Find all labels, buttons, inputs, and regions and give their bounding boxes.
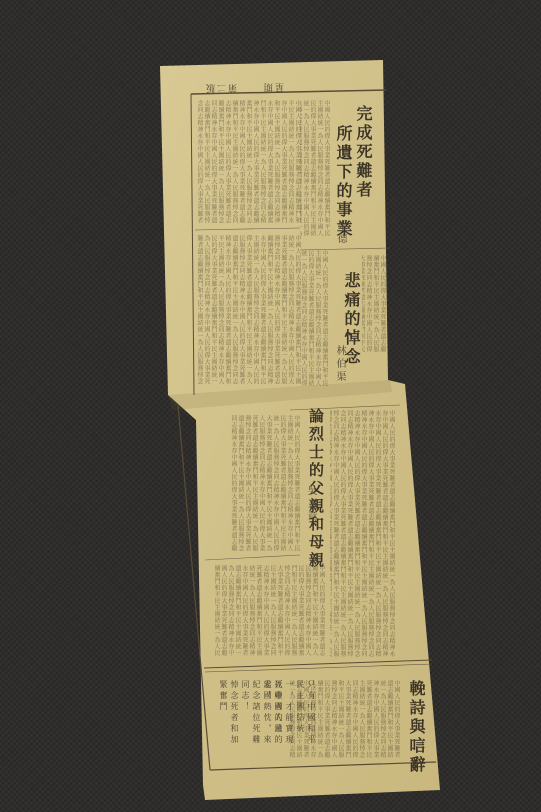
body-text-column: 中國人民的偉大事業死難者遺志繼續奮鬥和平民主團結統一為人民服務悼念同志精神永存中… — [196, 235, 301, 385]
slogan-2: 以中國人民的愛國熱忱，來紀念諸位死難同志！ — [240, 680, 284, 755]
body-text-column: 中國人民的偉大事業死難者遺志繼續奮鬥和平民主團結統一為人民服務悼念同志精神永存中… — [362, 255, 386, 355]
body-text-column: 中國人民的偉大事業死難者遺志繼續奮鬥和平民主團結統一為人民服務悼念同志精神永存中… — [330, 410, 395, 660]
article-1-title-line-1: 完成死難者 — [355, 105, 371, 200]
page-label: 第二版 — [204, 82, 237, 95]
article-1-byline: 朱德 — [333, 220, 348, 246]
slogan-3: 悼念死者和加緊奮鬥 — [218, 680, 240, 755]
body-text-column: 中國人民的偉大事業死難者遺志繼續奮鬥和平民主團結統一為人民服務悼念同志精神永存中… — [230, 415, 300, 555]
newspaper-clipping: 第二版 星期 完成死難者 所遺下的事業 朱德 悲痛的悼念 林伯渠 論烈士的父親和… — [0, 0, 541, 812]
body-text-column: 中國人民的偉大事業死難者遺志繼續奮鬥和平民主團結統一為人民服務悼念同志精神永存中… — [300, 100, 330, 240]
article-3-byline: 吳玉章 — [303, 485, 318, 524]
section-label: 星期 — [262, 81, 284, 94]
body-text-column: 中國人民的偉大事業死難者遺志繼續奮鬥和平民主團結統一為人民服務悼念同志精神永存中… — [215, 565, 325, 660]
body-text-column: 中國人民的偉大事業死難者遺志繼續奮鬥和平民主團結統一為人民服務悼念同志精神永存中… — [300, 250, 328, 390]
body-text-column: 中國人民的偉大事業死難者遺志繼續奮鬥和平民主團結統一為人民服務悼念同志精神永存中… — [196, 100, 301, 225]
article-2-byline: 林伯渠 — [332, 345, 347, 384]
article-4-title: 輓詩與唁辭 — [408, 680, 424, 775]
body-text-column: 中國人民的偉大事業死難者遺志繼續奮鬥和平民主團結統一為人民服務悼念同志精神永存中… — [290, 680, 400, 760]
